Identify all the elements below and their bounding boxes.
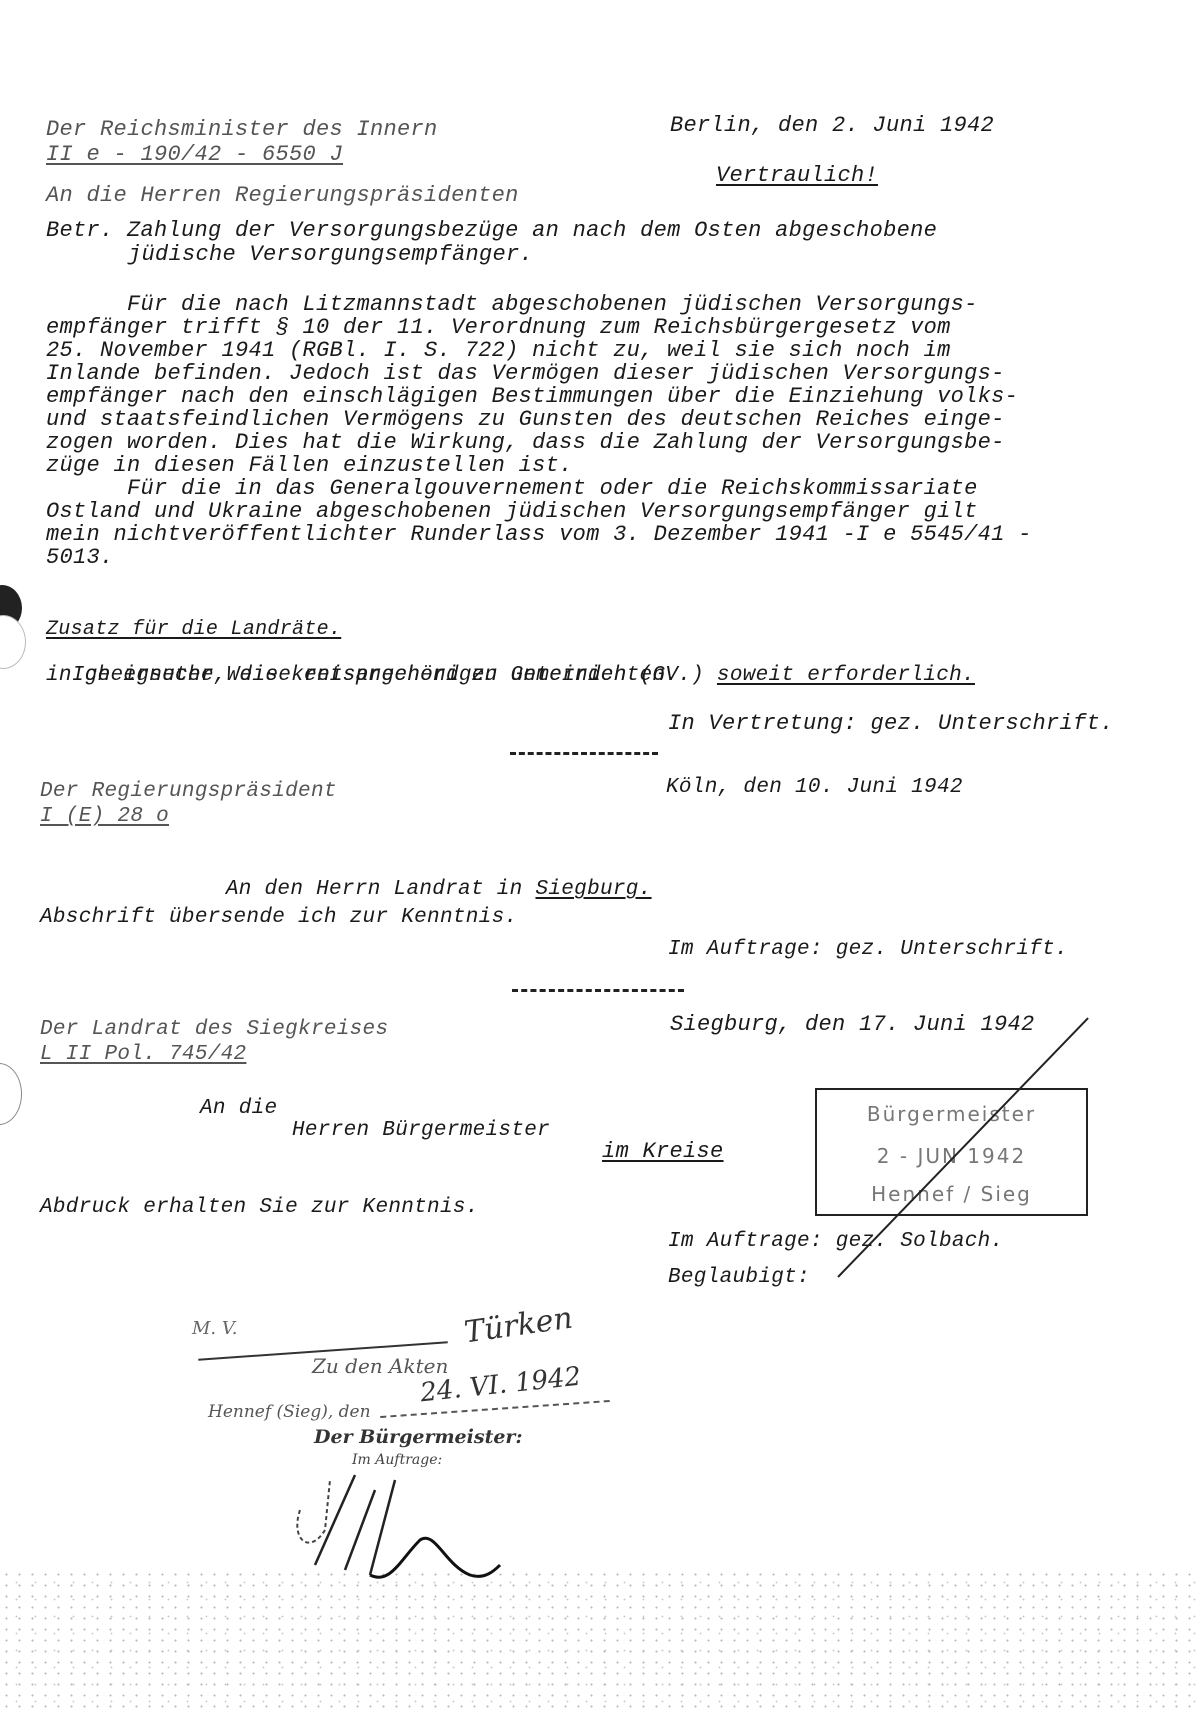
letter2-sender: Der Regierungspräsident: [40, 780, 337, 804]
letter1-classification: Vertraulich!: [716, 164, 878, 188]
letter1-recipient: An die Herren Regierungspräsidenten: [46, 184, 519, 208]
letter3-recipient-line2: Herren Bürgermeister: [292, 1119, 550, 1143]
letter1-signature: In Vertretung: gez. Unterschrift.: [668, 712, 1114, 736]
scan-noise: [0, 1569, 1200, 1709]
letter2-reference: I (E) 28 o: [40, 805, 300, 829]
letter1-sender: Der Reichsminister des Innern: [46, 118, 438, 142]
letter2-recipient: An den Herrn Landrat in Siegburg.: [200, 854, 652, 902]
letter1-subject-line1: Betr. Zahlung der Versorgungsbezüge an n…: [46, 219, 937, 243]
stamp-office: Bürgermeister: [817, 1102, 1086, 1126]
letter1-reference: II e - 190/42 - 6550 J: [46, 143, 471, 167]
punch-hole: [0, 615, 26, 669]
archive-mark: M. V.: [192, 1318, 237, 1339]
archive-office: Der Bürgermeister:: [314, 1426, 522, 1448]
archive-by-order: Im Auftrage:: [352, 1452, 442, 1468]
body-line: züge in diesen Fällen einzustellen ist.: [46, 454, 573, 478]
letter3-recipient-line3: im Kreise: [602, 1140, 724, 1164]
date-line: [380, 1400, 610, 1419]
body-line: zogen worden. Dies hat die Wirkung, dass…: [46, 431, 1005, 455]
separator: [510, 752, 658, 755]
letter1-place-date: Berlin, den 2. Juni 1942: [670, 114, 994, 138]
letter3-signature: Im Auftrage: gez. Solbach.: [668, 1230, 1003, 1254]
letter2-body: Abschrift übersende ich zur Kenntnis.: [40, 906, 517, 930]
received-stamp: Bürgermeister 2 - JUN 1942 Hennef / Sieg: [815, 1088, 1088, 1216]
letter2-place-date: Köln, den 10. Juni 1942: [666, 776, 963, 800]
handwritten-name: Türken: [462, 1301, 575, 1351]
archive-place: Hennef (Sieg), den: [208, 1402, 371, 1422]
letter2-recipient-place: Siegburg.: [535, 878, 651, 901]
addendum-line2: in geeigneter Weise entsprechend zu unte…: [46, 664, 678, 688]
letter1-subject-line2: jüdische Versorgungsempfänger.: [128, 243, 533, 267]
body-line: 5013.: [46, 546, 114, 570]
separator: [512, 989, 684, 992]
archive-line1: Zu den Akten: [312, 1354, 448, 1378]
body-line: und staatsfeindlichen Vermögens zu Gunst…: [46, 408, 1005, 432]
body-line: Für die nach Litzmannstadt abgeschobenen…: [46, 293, 978, 317]
letter2-signature: Im Auftrage: gez. Unterschrift.: [668, 938, 1068, 962]
stamp-place: Hennef / Sieg: [817, 1182, 1086, 1206]
letter2-recipient-text: An den Herrn Landrat in: [226, 878, 536, 901]
letter3-reference: L II Pol. 745/42: [40, 1043, 402, 1067]
letter3-body: Abdruck erhalten Sie zur Kenntnis.: [40, 1196, 479, 1220]
body-line: empfänger trifft § 10 der 11. Verordnung…: [46, 316, 951, 340]
punch-hole: [0, 1063, 22, 1125]
letter3-sender: Der Landrat des Siegkreises: [40, 1018, 388, 1042]
body-line: empfänger nach den einschlägigen Bestimm…: [46, 385, 1018, 409]
body-line: 25. November 1941 (RGBl. I. S. 722) nich…: [46, 339, 951, 363]
letter3-recipient-line1: An die: [200, 1097, 277, 1121]
body-line: Inlande befinden. Jedoch ist das Vermöge…: [46, 362, 1005, 386]
addendum-title: Zusatz für die Landräte.: [46, 618, 341, 642]
body-line: Für die in das Generalgouvernement oder …: [46, 477, 978, 501]
body-line: Ostland und Ukraine abgeschobenen jüdisc…: [46, 500, 978, 524]
addendum-emphasis: soweit erforderlich.: [717, 664, 975, 687]
letter3-place-date: Siegburg, den 17. Juni 1942: [670, 1013, 1035, 1037]
body-line: mein nichtveröffentlichter Runderlass vo…: [46, 523, 1032, 547]
letter3-certification: Beglaubigt:: [668, 1266, 810, 1290]
